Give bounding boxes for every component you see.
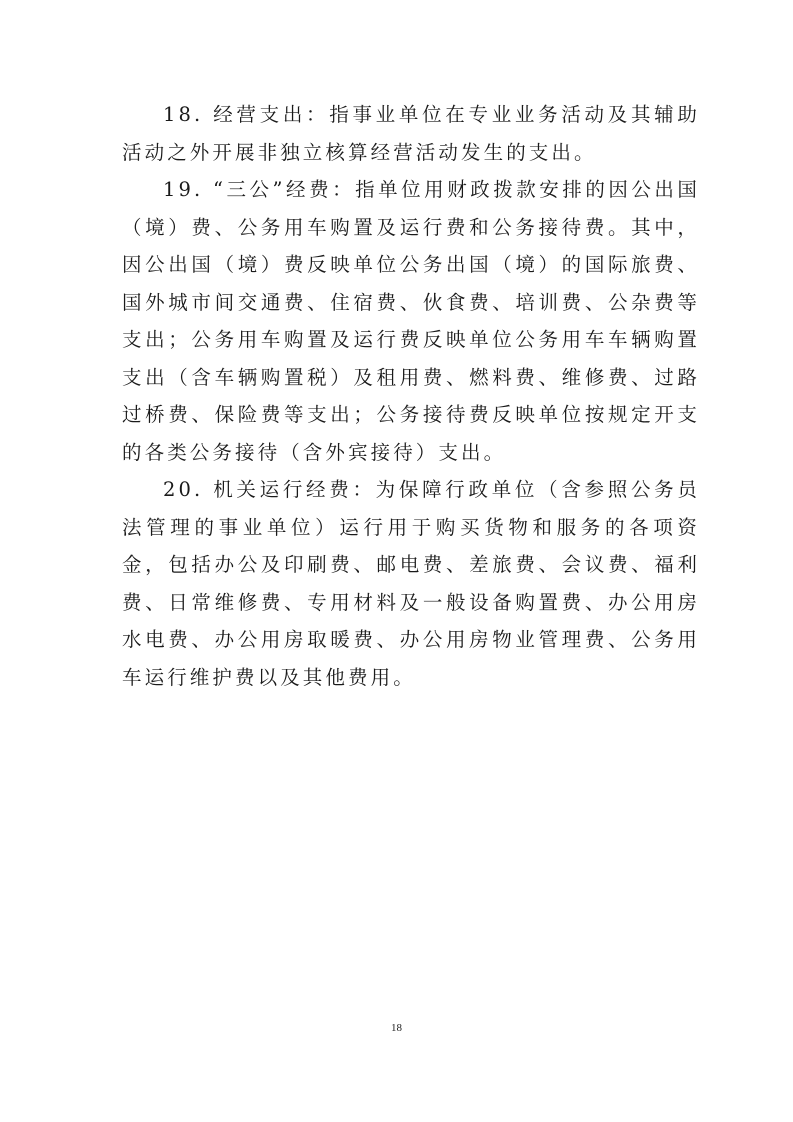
paragraph-18-operating-expenditure: 18. 经营支出：指事业单位在专业业务活动及其辅助活动之外开展非独立核算经营活动… [122,96,700,171]
document-body: 18. 经营支出：指事业单位在专业业务活动及其辅助活动之外开展非独立核算经营活动… [122,96,700,696]
paragraph-20-agency-operating-funds: 20. 机关运行经费：为保障行政单位（含参照公务员法管理的事业单位）运行用于购买… [122,471,700,696]
page-number: 18 [0,1022,793,1034]
paragraph-19-three-public-expenses: 19. “三公”经费：指单位用财政拨款安排的因公出国（境）费、公务用车购置及运行… [122,171,700,471]
